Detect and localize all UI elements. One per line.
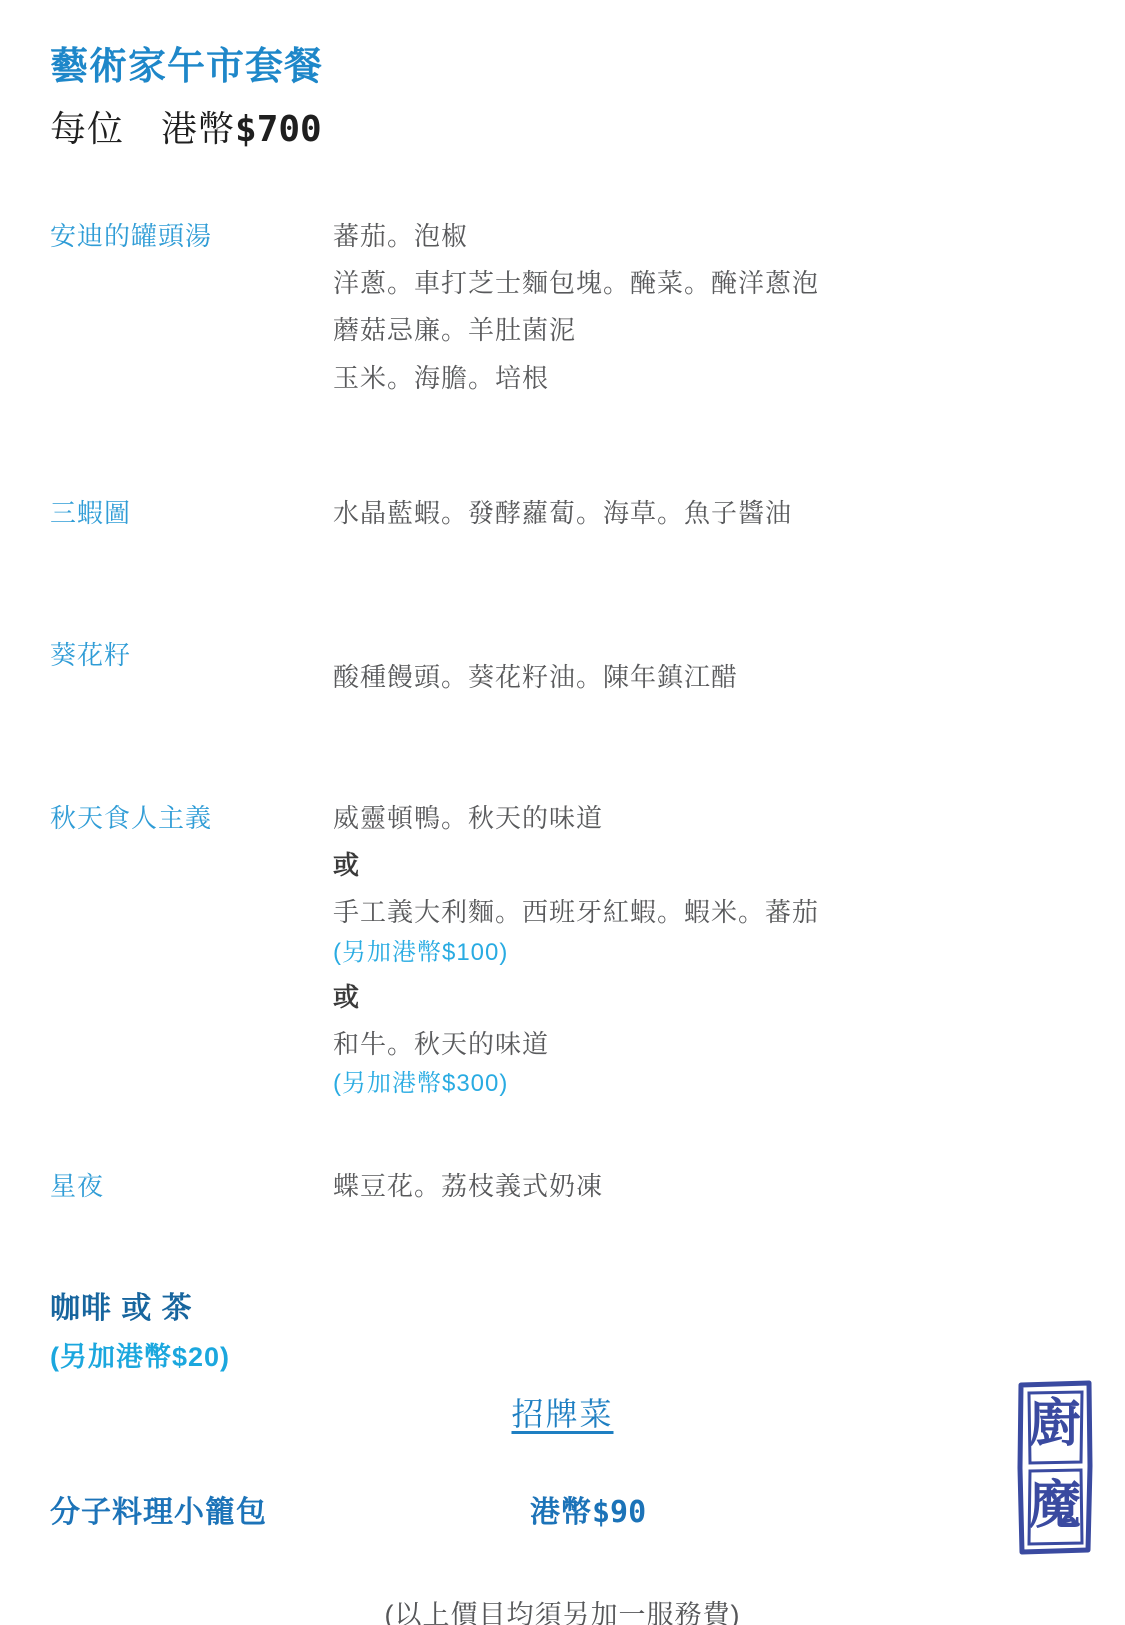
or-separator: 或 <box>333 842 1075 889</box>
price-prefix: 港幣 <box>530 1496 592 1529</box>
coffee-tea-label: 咖啡 或 茶 <box>50 1288 1075 1330</box>
item-description: 蝶豆花。荔枝義式奶凍 <box>333 1163 1075 1210</box>
signature-heading-text: 招牌菜 <box>511 1396 613 1432</box>
desc-line: 水晶藍蝦。發酵蘿蔔。海草。魚子醬油 <box>333 490 1075 537</box>
desc-line: 蕃茄。泡椒 <box>333 213 1075 260</box>
seal-bottom-character: 魔 <box>1029 1477 1081 1535</box>
signature-dish-price: 港幣$90 <box>530 1487 646 1531</box>
coffee-tea-surcharge: (另加港幣$20) <box>50 1340 1075 1375</box>
menu-item-dessert: 星夜 蝶豆花。荔枝義式奶凍 <box>50 1163 1075 1210</box>
desc-line: 威靈頓鴨。秋天的味道 <box>333 795 1075 842</box>
desc-line: 洋蔥。車打芝士麵包塊。醃菜。醃洋蔥泡 <box>333 260 1075 307</box>
item-description: 酸種饅頭。葵花籽油。陳年鎮江醋 <box>333 632 1075 701</box>
price-amount: $90 <box>592 1495 646 1530</box>
signature-heading: 招牌菜 <box>50 1389 1075 1435</box>
item-name: 三蝦圖 <box>50 490 333 537</box>
menu-page: 藝術家午市套餐 每位 港幣$700 安迪的罐頭湯 蕃茄。泡椒 洋蔥。車打芝士麵包… <box>0 0 1125 1625</box>
item-name: 星夜 <box>50 1163 333 1210</box>
desc-line: 和牛。秋天的味道 <box>333 1021 1075 1068</box>
desc-line: 酸種饅頭。葵花籽油。陳年鎮江醋 <box>333 654 1075 701</box>
surcharge-note: (另加港幣$300) <box>333 1068 1075 1099</box>
menu-item-shrimp: 三蝦圖 水晶藍蝦。發酵蘿蔔。海草。魚子醬油 <box>50 490 1075 537</box>
menu-item-soup: 安迪的罐頭湯 蕃茄。泡椒 洋蔥。車打芝士麵包塊。醃菜。醃洋蔥泡 蘑菇忌廉。羊肚菌… <box>50 213 1075 402</box>
item-description: 水晶藍蝦。發酵蘿蔔。海草。魚子醬油 <box>333 490 1075 537</box>
surcharge-note: (另加港幣$100) <box>333 937 1075 968</box>
item-name: 安迪的罐頭湯 <box>50 213 333 260</box>
item-name: 葵花籽 <box>50 632 333 679</box>
item-description: 蕃茄。泡椒 洋蔥。車打芝士麵包塊。醃菜。醃洋蔥泡 蘑菇忌廉。羊肚菌泥 玉米。海膽… <box>333 213 1075 402</box>
menu-title: 藝術家午市套餐 <box>50 45 1075 91</box>
signature-dish-row: 分子料理小籠包 港幣$90 <box>50 1487 1075 1531</box>
item-description: 威靈頓鴨。秋天的味道 或 手工義大利麵。西班牙紅蝦。蝦米。蕃茄 (另加港幣$10… <box>333 795 1075 1106</box>
desc-line: 玉米。海膽。培根 <box>333 355 1075 402</box>
service-charge-note: (以上價目均須另加一服務費) <box>50 1593 1075 1625</box>
menu-item-sunflower: 葵花籽 酸種饅頭。葵花籽油。陳年鎮江醋 <box>50 632 1075 701</box>
set-price-prefix: 每位 港幣 <box>50 108 235 149</box>
set-price-line: 每位 港幣$700 <box>50 107 1075 151</box>
or-separator: 或 <box>333 974 1075 1021</box>
desc-line: 手工義大利麵。西班牙紅蝦。蝦米。蕃茄 <box>333 889 1075 936</box>
seal-top-character: 廚 <box>1029 1395 1081 1453</box>
signature-dish-name: 分子料理小籠包 <box>50 1487 530 1531</box>
chef-seal-stamp: 廚 魔 <box>1015 1378 1095 1556</box>
desc-line: 蘑菇忌廉。羊肚菌泥 <box>333 307 1075 354</box>
menu-item-autumn-main: 秋天食人主義 威靈頓鴨。秋天的味道 或 手工義大利麵。西班牙紅蝦。蝦米。蕃茄 (… <box>50 795 1075 1106</box>
item-name: 秋天食人主義 <box>50 795 333 842</box>
desc-line: 蝶豆花。荔枝義式奶凍 <box>333 1163 1075 1210</box>
set-price-amount: $700 <box>235 109 322 150</box>
